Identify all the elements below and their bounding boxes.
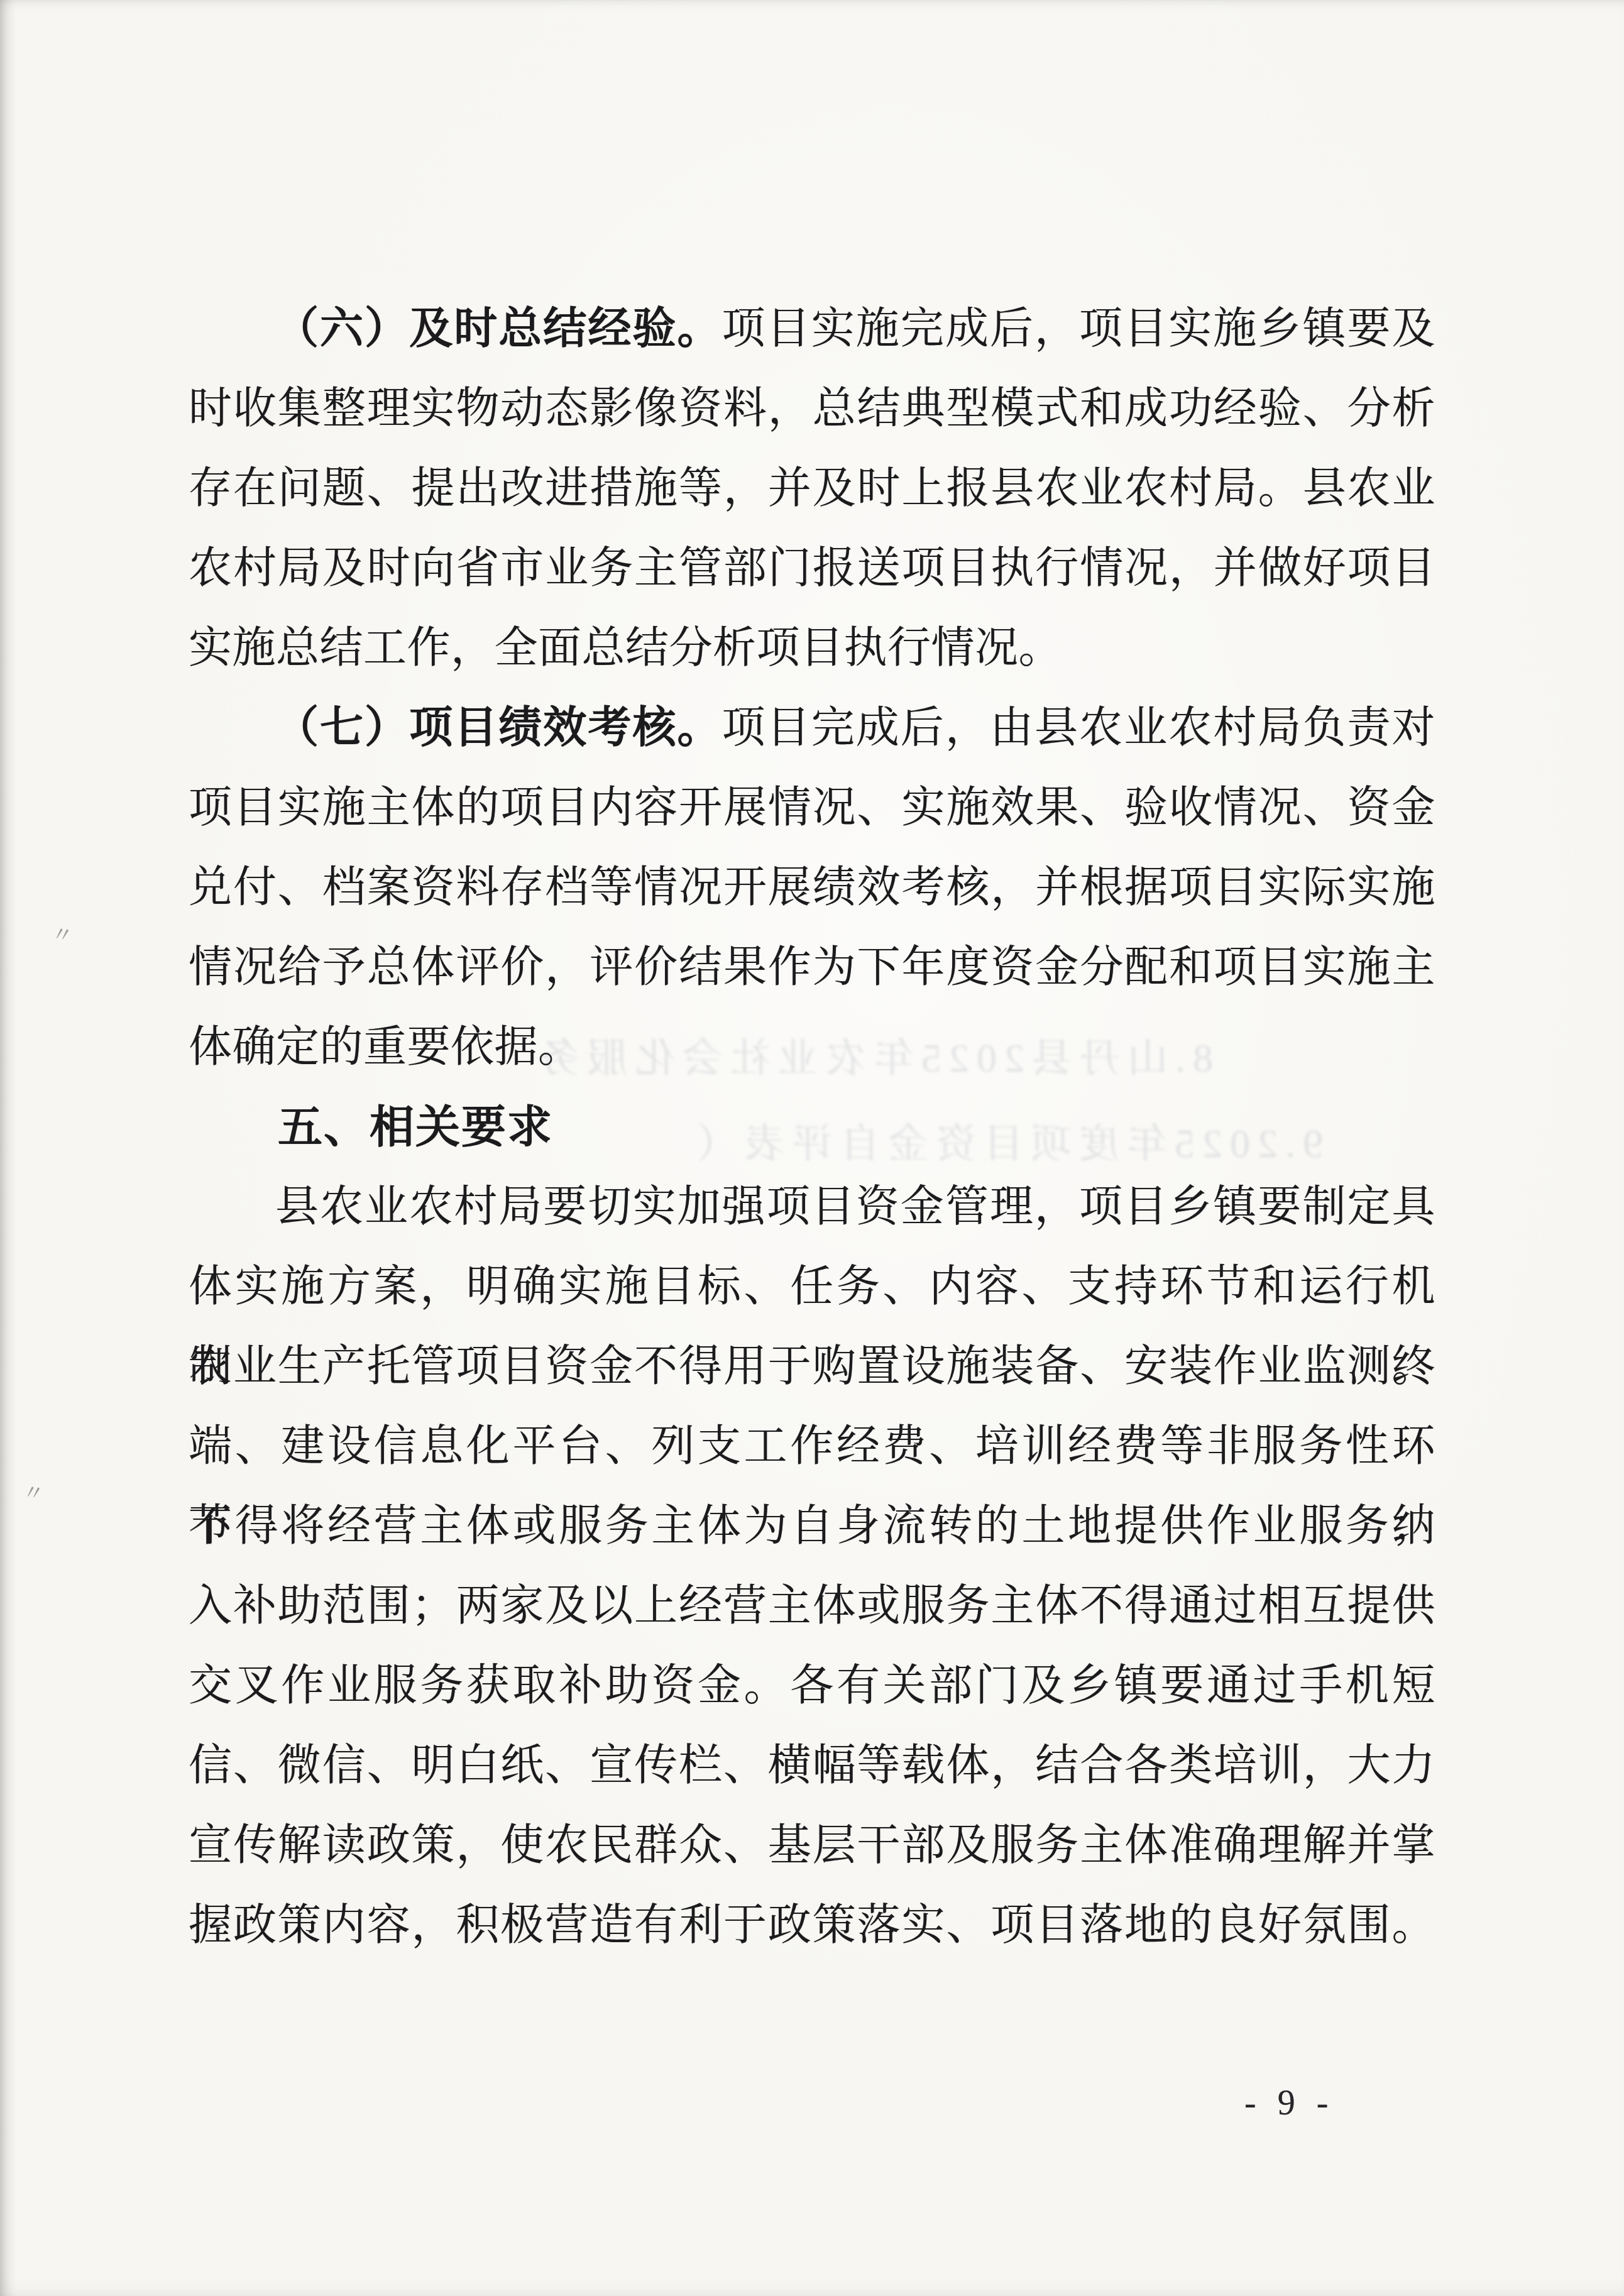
- text-line: 信、微信、明白纸、宣传栏、横幅等载体，结合各类培训，大力: [189, 1726, 1435, 1806]
- line-text: 实施总结工作，全面总结分析项目执行情况。: [189, 624, 1062, 672]
- text-line: 情况给予总体评价，评价结果作为下年度资金分配和项目实施主: [189, 928, 1435, 1008]
- line-text: 农业生产托管项目资金不得用于购置设施装备、安装作业监测终: [189, 1343, 1435, 1390]
- text-line: 端、建设信息化平台、列支工作经费、培训经费等非服务性环节；: [189, 1407, 1435, 1486]
- text-line: 实施总结工作，全面总结分析项目执行情况。: [189, 608, 1435, 688]
- text-line: 宣传解读政策，使农民群众、基层干部及服务主体准确理解并掌: [189, 1806, 1435, 1886]
- line-text: 兑付、档案资料存档等情况开展绩效考核，并根据项目实际实施: [189, 864, 1435, 911]
- line-text: 不得将经营主体或服务主体为自身流转的土地提供作业服务纳: [189, 1502, 1435, 1550]
- line-text: 体确定的重要依据。: [189, 1023, 582, 1071]
- line-text: 入补助范围；两家及以上经营主体或服务主体不得通过相互提供: [189, 1582, 1435, 1630]
- text-line: 入补助范围；两家及以上经营主体或服务主体不得通过相互提供: [189, 1566, 1435, 1646]
- line-text: 握政策内容，积极营造有利于政策落实、项目落地的良好氛围。: [189, 1901, 1435, 1949]
- text-line: 项目实施主体的项目内容开展情况、实施效果、验收情况、资金: [189, 768, 1435, 848]
- line-text: 宣传解读政策，使农民群众、基层干部及服务主体准确理解并掌: [189, 1821, 1435, 1869]
- text-line: 时收集整理实物动态影像资料，总结典型模式和成功经验、分析: [189, 369, 1435, 449]
- page-number: - 9 -: [1244, 2084, 1334, 2122]
- line-text: 项目实施主体的项目内容开展情况、实施效果、验收情况、资金: [189, 784, 1435, 832]
- scan-speck: 〃: [50, 924, 74, 948]
- text-line: 体确定的重要依据。: [189, 1008, 1435, 1087]
- line-text: 项目实施完成后，项目实施乡镇要及: [722, 305, 1435, 353]
- text-line: 不得将经营主体或服务主体为自身流转的土地提供作业服务纳: [189, 1486, 1435, 1566]
- scan-speck: 〃: [21, 1482, 45, 1506]
- text-line: 存在问题、提出改进措施等，并及时上报县农业农村局。县农业: [189, 449, 1435, 529]
- line-text: 时收集整理实物动态影像资料，总结典型模式和成功经验、分析: [189, 385, 1435, 432]
- text-line: 兑付、档案资料存档等情况开展绩效考核，并根据项目实际实施: [189, 848, 1435, 928]
- text-line: 体实施方案，明确实施目标、任务、内容、支持环节和运行机制。: [189, 1247, 1435, 1327]
- document-page: 8.山丹县2025年农业社会化服务9.2025年度项目资金自评表（ （六）及时总…: [0, 0, 1624, 2296]
- text-line: 农村局及时向省市业务主管部门报送项目执行情况，并做好项目: [189, 529, 1435, 608]
- line-text: 信、微信、明白纸、宣传栏、横幅等载体，结合各类培训，大力: [189, 1742, 1435, 1789]
- line-text: 县农业农村局要切实加强项目资金管理，项目乡镇要制定具: [275, 1183, 1435, 1231]
- text-line: 县农业农村局要切实加强项目资金管理，项目乡镇要制定具: [189, 1167, 1435, 1247]
- line-text: 项目完成后，由县农业农村局负责对: [722, 704, 1435, 752]
- text-line: （六）及时总结经验。项目实施完成后，项目实施乡镇要及: [189, 289, 1435, 369]
- paragraph-lead: （六）及时总结经验。: [275, 305, 722, 353]
- text-line: （七）项目绩效考核。项目完成后，由县农业农村局负责对: [189, 688, 1435, 768]
- text-line: 农业生产托管项目资金不得用于购置设施装备、安装作业监测终: [189, 1327, 1435, 1407]
- line-text: 存在问题、提出改进措施等，并及时上报县农业农村局。县农业: [189, 464, 1435, 512]
- line-text: 农村局及时向省市业务主管部门报送项目执行情况，并做好项目: [189, 544, 1435, 592]
- line-text: 交叉作业服务获取补助资金。各有关部门及乡镇要通过手机短: [189, 1662, 1435, 1710]
- line-text: 五、相关要求: [278, 1102, 553, 1152]
- line-text: 情况给予总体评价，评价结果作为下年度资金分配和项目实施主: [189, 943, 1435, 991]
- text-line: 交叉作业服务获取补助资金。各有关部门及乡镇要通过手机短: [189, 1646, 1435, 1726]
- text-block: （六）及时总结经验。项目实施完成后，项目实施乡镇要及时收集整理实物动态影像资料，…: [189, 289, 1435, 1965]
- section-heading: 五、相关要求: [189, 1087, 1435, 1167]
- paragraph-lead: （七）项目绩效考核。: [275, 704, 722, 752]
- text-line: 握政策内容，积极营造有利于政策落实、项目落地的良好氛围。: [189, 1886, 1435, 1965]
